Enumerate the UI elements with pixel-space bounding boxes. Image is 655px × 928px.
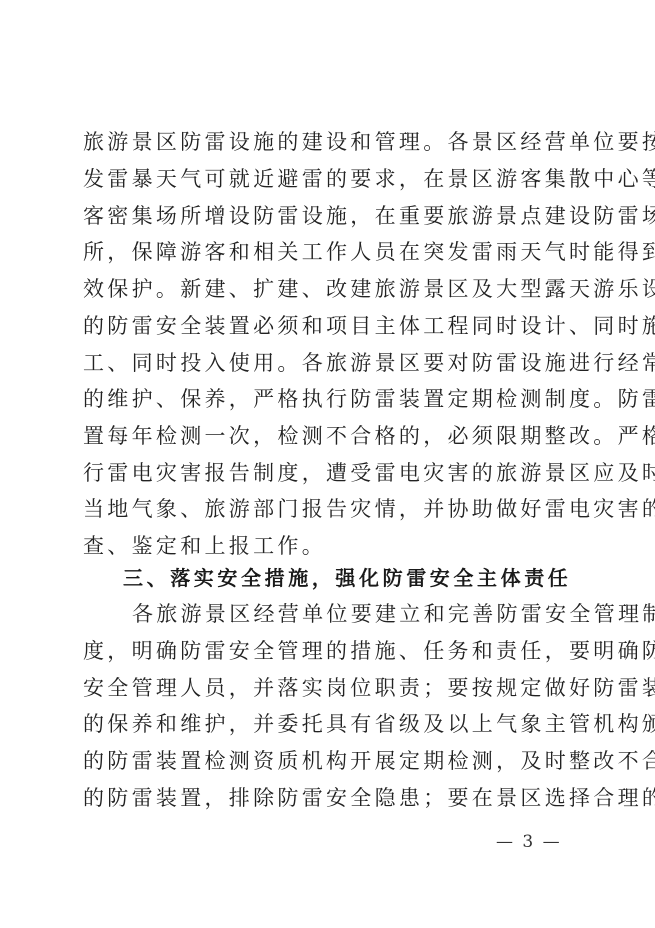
- text-line: 度，明确防雷安全管理的措施、任务和责任，要明确防雷: [83, 636, 573, 666]
- text-line: 置每年检测一次，检测不合格的，必须限期整改。严格执: [83, 421, 573, 451]
- text-line: 当地气象、旅游部门报告灾情，并协助做好雷电灾害的调: [83, 494, 573, 524]
- text-line: 各旅游景区经营单位要建立和完善防雷安全管理制: [132, 599, 573, 629]
- text-line: 旅游景区防雷设施的建设和管理。各景区经营单位要按突: [83, 127, 573, 157]
- text-line: 所，保障游客和相关工作人员在突发雷雨天气时能得到有: [83, 237, 573, 267]
- text-line: 的防雷安全装置必须和项目主体工程同时设计、同时施: [83, 311, 573, 341]
- text-line: 工、同时投入使用。各旅游景区要对防雷设施进行经常性: [83, 348, 573, 378]
- text-line: 客密集场所增设防雷设施，在重要旅游景点建设防雷场: [83, 201, 573, 231]
- text-line: 行雷电灾害报告制度，遭受雷电灾害的旅游景区应及时向: [83, 458, 573, 488]
- text-line: 的防雷装置检测资质机构开展定期检测，及时整改不合格: [83, 746, 573, 776]
- text-line: 的保养和维护，并委托具有省级及以上气象主管机构颁发: [83, 709, 573, 739]
- section-heading: 三、落实安全措施，强化防雷安全主体责任: [123, 563, 571, 593]
- text-line: 的维护、保养，严格执行防雷装置定期检测制度。防雷装: [83, 384, 573, 414]
- text-line: 的防雷装置，排除防雷安全隐患；要在景区选择合理的位: [83, 783, 573, 813]
- text-line: 查、鉴定和上报工作。: [83, 531, 573, 561]
- text-line: 安全管理人员，并落实岗位职责；要按规定做好防雷装置: [83, 673, 573, 703]
- text-line: 效保护。新建、扩建、改建旅游景区及大型露天游乐设施: [83, 274, 573, 304]
- document-page: 旅游景区防雷设施的建设和管理。各景区经营单位要按突 发雷暴天气可就近避雷的要求，…: [0, 0, 655, 928]
- page-number: — 3 —: [496, 829, 556, 855]
- text-line: 发雷暴天气可就近避雷的要求，在景区游客集散中心等游: [83, 164, 573, 194]
